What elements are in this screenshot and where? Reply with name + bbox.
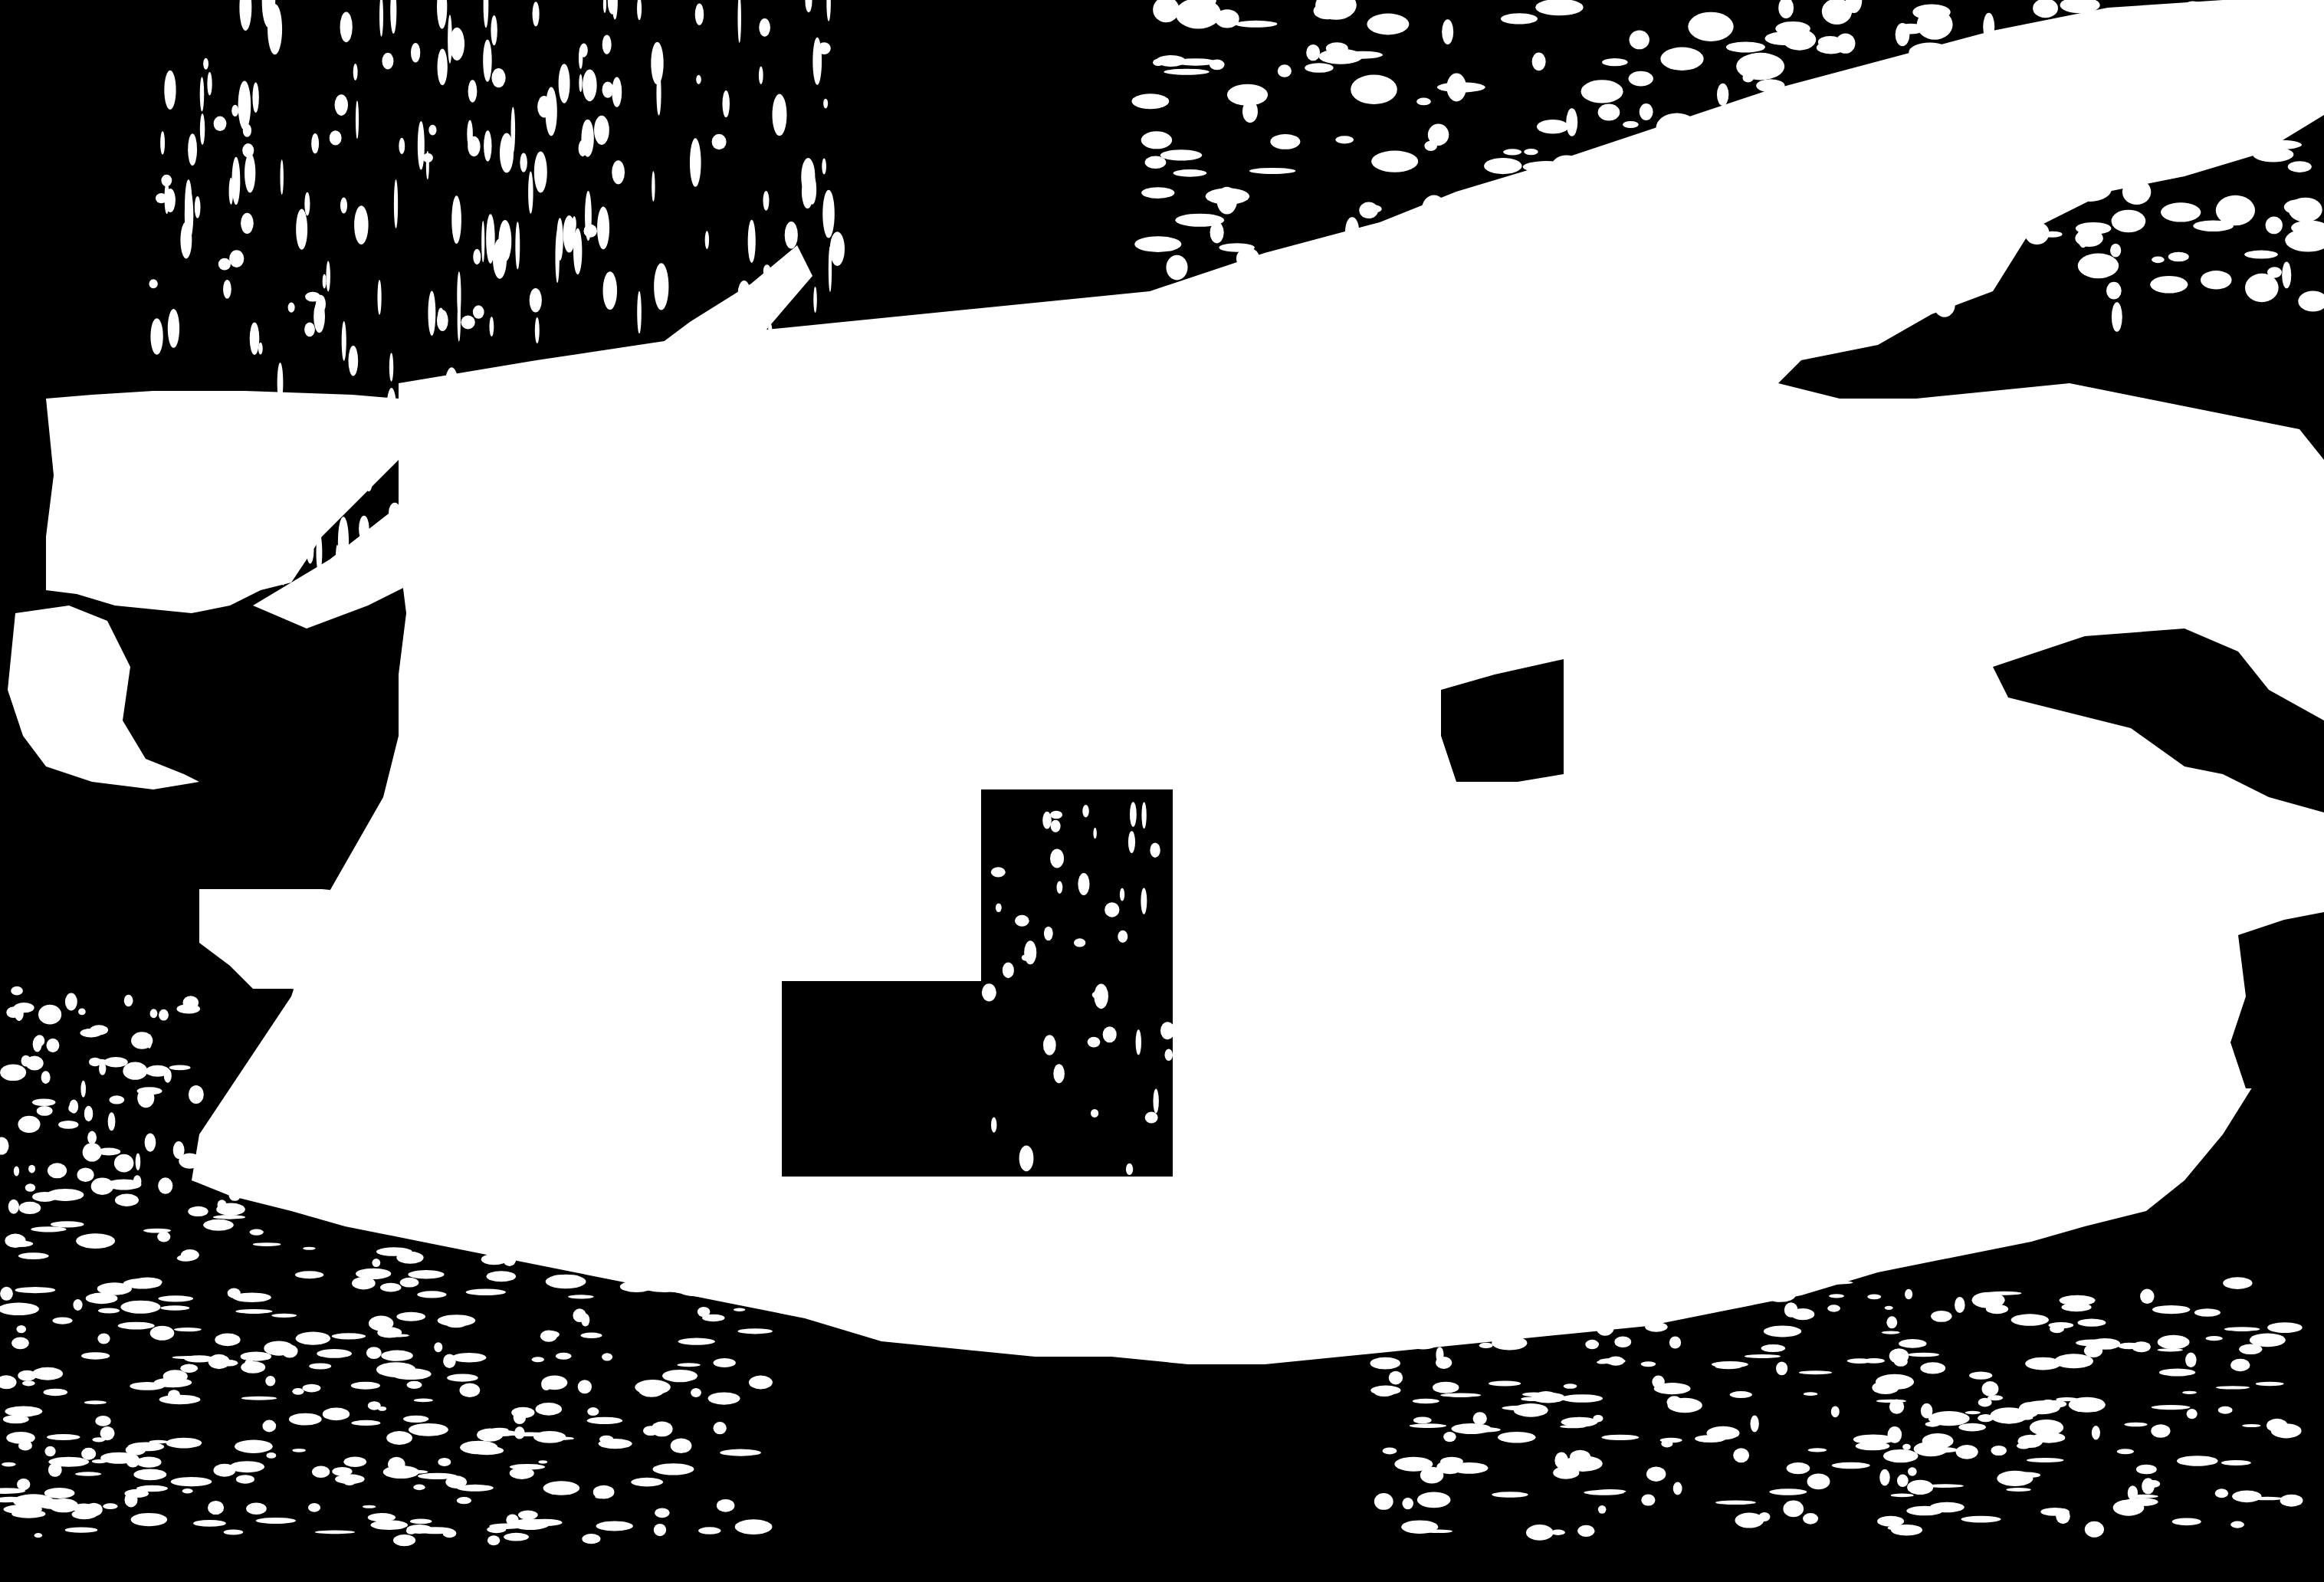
cloud-speckle [224, 1529, 244, 1534]
cloud-speckle [336, 551, 345, 568]
cloud-speckle [2056, 1508, 2070, 1524]
cloud-speckle [580, 1333, 602, 1338]
cloud-speckle [146, 1065, 170, 1077]
cloud-speckle [421, 490, 433, 530]
cloud-speckle [80, 1029, 102, 1038]
cloud-speckle [458, 299, 461, 342]
cloud-speckle [160, 1305, 189, 1310]
cloud-speckle [368, 1401, 381, 1410]
cloud-speckle [637, 291, 642, 334]
cloud-speckle [1532, 52, 1546, 71]
cloud-speckle [1660, 1438, 1682, 1443]
cloud-speckle [38, 1005, 61, 1025]
cloud-speckle [380, 1283, 401, 1292]
cloud-speckle [2270, 45, 2302, 56]
cloud-speckle [1359, 202, 1378, 219]
cloud-speckle [205, 507, 208, 520]
cloud-speckle [457, 1485, 494, 1492]
cloud-speckle [1559, 297, 1583, 320]
cloud-speckle [377, 280, 381, 315]
cloud-speckle [80, 1081, 86, 1098]
cloud-speckle [1858, 287, 1874, 307]
cloud-speckle [164, 182, 169, 214]
cloud-speckle [363, 1505, 376, 1508]
cloud-speckle [602, 1353, 612, 1360]
cloud-speckle [1808, 1448, 1827, 1452]
cloud-speckle [696, 75, 701, 84]
cloud-speckle [568, 1295, 593, 1298]
cloud-speckle [1088, 1037, 1101, 1048]
cloud-speckle [265, 429, 277, 468]
cloud-speckle [530, 288, 542, 313]
cloud-speckle [451, 1200, 487, 1214]
cloud-speckle [2185, 1353, 2196, 1367]
cloud-speckle [1726, 41, 1765, 52]
cloud-speckle [242, 143, 254, 158]
cloud-speckle [103, 1503, 117, 1509]
cloud-speckle [355, 576, 358, 586]
cloud-speckle [1164, 69, 1209, 75]
cloud-speckle [1623, 121, 1639, 128]
cloud-speckle [1902, 1444, 1911, 1450]
cloud-speckle [645, 360, 651, 385]
cloud-speckle [203, 1219, 233, 1231]
cloud-speckle [2221, 1460, 2251, 1465]
cloud-speckle [281, 537, 287, 586]
cloud-speckle [2172, 1518, 2201, 1525]
cloud-speckle [520, 474, 527, 509]
cloud-speckle [33, 1036, 42, 1052]
cloud-speckle [179, 1153, 200, 1168]
cloud-speckle [2023, 31, 2041, 53]
cloud-speckle [1240, 300, 1284, 320]
cloud-speckle [168, 1390, 180, 1400]
cloud-speckle [538, 1460, 547, 1463]
cloud-speckle [97, 1334, 110, 1344]
cloud-speckle [1994, 92, 2017, 106]
cloud-speckle [292, 1388, 304, 1395]
cloud-speckle [1757, 235, 1792, 254]
cloud-speckle [2168, 252, 2189, 262]
cloud-speckle [520, 153, 527, 172]
cloud-speckle [304, 192, 310, 216]
cloud-speckle [1888, 1426, 1902, 1443]
cloud-speckle [1593, 1415, 1603, 1423]
cloud-speckle [410, 1519, 432, 1525]
cloud-speckle [691, 1388, 701, 1397]
cloud-speckle [409, 1423, 448, 1436]
cloud-speckle [786, 483, 799, 520]
cloud-mask-image [0, 0, 2324, 1582]
cloud-speckle [84, 1106, 93, 1121]
cloud-speckle [253, 1242, 281, 1246]
cloud-speckle [1955, 1297, 1965, 1313]
cloud-speckle [652, 171, 655, 202]
cloud-speckle [1145, 156, 1167, 169]
cloud-speckle [1160, 149, 1202, 160]
cloud-speckle [1051, 820, 1061, 832]
cloud-speckle [491, 68, 505, 87]
cloud-speckle [2232, 1491, 2261, 1503]
cloud-speckle [1175, 214, 1224, 227]
cloud-speckle [1733, 238, 1754, 253]
cloud-speckle [323, 274, 327, 289]
cloud-speckle [1561, 1417, 1598, 1427]
cloud-speckle [309, 1363, 331, 1369]
cloud-speckle [2037, 86, 2047, 99]
cloud-speckle [11, 1337, 29, 1349]
cloud-speckle [1783, 1500, 1804, 1517]
cloud-speckle [1885, 1306, 1893, 1310]
cloud-speckle [241, 1397, 277, 1400]
cloud-speckle [2280, 1495, 2303, 1507]
cloud-speckle [182, 1488, 193, 1494]
cloud-speckle [584, 225, 597, 238]
cloud-speckle [0, 1303, 39, 1316]
cloud-speckle [1641, 1494, 1655, 1505]
cloud-speckle [126, 1454, 140, 1467]
cloud-speckle [1131, 94, 1169, 109]
cloud-speckle [410, 1178, 449, 1184]
cloud-speckle [188, 133, 197, 166]
cloud-speckle [208, 1354, 230, 1369]
cloud-speckle [812, 456, 827, 475]
cloud-speckle [1769, 1488, 1807, 1495]
cloud-speckle [0, 1287, 13, 1301]
cloud-speckle [1846, 289, 1860, 317]
cloud-speckle [1816, 1281, 1853, 1285]
cloud-speckle [1872, 1381, 1899, 1394]
cloud-speckle [1521, 1397, 1548, 1401]
cloud-speckle [1103, 1026, 1117, 1042]
cloud-speckle [478, 373, 487, 390]
cloud-speckle [3, 1415, 29, 1423]
cloud-speckle [1715, 1501, 1756, 1505]
cloud-speckle [652, 1463, 694, 1475]
cloud-speckle [434, 1342, 442, 1352]
cloud-speckle [1909, 42, 1951, 62]
cloud-speckle [48, 1163, 67, 1178]
cloud-speckle [1057, 881, 1063, 894]
cloud-speckle [389, 353, 393, 382]
cloud-speckle [335, 1474, 365, 1484]
cloud-speckle [133, 1277, 162, 1286]
cloud-speckle [2205, 1336, 2222, 1341]
cloud-speckle [1442, 19, 1453, 44]
cloud-speckle [1630, 142, 1654, 149]
cloud-speckle [2118, 1343, 2141, 1349]
cloud-speckle [5, 1406, 42, 1416]
cloud-speckle [189, 1085, 204, 1104]
cloud-speckle [13, 1494, 54, 1508]
cloud-speckle [729, 540, 737, 571]
cloud-speckle [308, 1503, 320, 1512]
cloud-speckle [1982, 1381, 1999, 1397]
cloud-speckle [17, 1479, 30, 1490]
cloud-speckle [737, 1328, 772, 1334]
cloud-speckle [1452, 225, 1464, 234]
cloud-speckle [1581, 80, 1623, 103]
cloud-speckle [1524, 149, 1538, 155]
cloud-speckle [1219, 243, 1255, 251]
cloud-speckle [1652, 1376, 1664, 1389]
cloud-speckle [553, 379, 563, 392]
cloud-speckle [1118, 930, 1128, 943]
cloud-speckle [2152, 1405, 2191, 1410]
cloud-speckle [605, 1194, 613, 1203]
cloud-speckle [2085, 1521, 2104, 1538]
cloud-speckle [1413, 1399, 1439, 1404]
cloud-speckle [751, 458, 759, 501]
cloud-speckle [390, 1209, 422, 1219]
cloud-speckle [1765, 31, 1804, 45]
cloud-speckle [2244, 251, 2278, 259]
cloud-speckle [559, 406, 569, 418]
cloud-speckle [181, 1249, 199, 1261]
cloud-speckle [2060, 1295, 2096, 1306]
cloud-speckle [335, 94, 349, 116]
cloud-speckle [1614, 1336, 1631, 1347]
cloud-speckle [1449, 298, 1465, 307]
cloud-speckle [200, 113, 205, 145]
cloud-speckle [451, 474, 460, 503]
cloud-speckle [18, 1252, 49, 1259]
cloud-speckle [256, 1518, 296, 1524]
cloud-speckle [1425, 1307, 1455, 1321]
cloud-speckle [1863, 311, 1905, 327]
cloud-speckle [533, 2, 540, 26]
cloud-speckle [22, 1380, 35, 1386]
cloud-speckle [1092, 991, 1102, 999]
cloud-speckle [288, 302, 295, 312]
cloud-speckle [1883, 1449, 1919, 1462]
cloud-speckle [2117, 1449, 2134, 1454]
cloud-speckle [590, 360, 596, 403]
cloud-speckle [7, 1240, 33, 1246]
cloud-speckle [130, 1382, 164, 1390]
cloud-speckle [76, 1233, 115, 1249]
cloud-speckle [1894, 175, 1940, 194]
cloud-speckle [348, 346, 358, 376]
cloud-speckle [1305, 63, 1333, 73]
cloud-speckle [12, 1005, 25, 1012]
cloud-speckle [73, 1299, 82, 1311]
cloud-speckle [768, 323, 772, 339]
cloud-speckle [1044, 927, 1053, 940]
cloud-speckle [124, 995, 133, 1006]
cloud-speckle [2050, 1324, 2064, 1334]
cloud-speckle [487, 1271, 516, 1282]
cloud-speckle [1807, 1474, 1830, 1490]
cloud-speckle [342, 321, 346, 361]
cloud-speckle [1394, 1457, 1433, 1472]
cloud-speckle [408, 1270, 444, 1279]
cloud-speckle [84, 1400, 107, 1404]
cloud-speckle [65, 993, 77, 1011]
cloud-speckle [317, 533, 323, 573]
cloud-speckle [413, 1485, 425, 1491]
cloud-speckle [87, 1131, 97, 1144]
cloud-speckle [515, 222, 520, 269]
cloud-speckle [1601, 1435, 1639, 1440]
cloud-speckle [214, 117, 227, 132]
cloud-speckle [252, 83, 258, 113]
cloud-speckle [1931, 1311, 1951, 1322]
cloud-speckle [1278, 64, 1292, 77]
cloud-speckle [579, 47, 583, 69]
cloud-speckle [15, 1287, 56, 1293]
cloud-speckle [295, 1271, 323, 1278]
cloud-speckle [2151, 1424, 2170, 1437]
cloud-speckle [587, 1407, 599, 1416]
cloud-speckle [32, 1098, 55, 1106]
cloud-speckle [2, 1462, 16, 1467]
cloud-speckle [484, 130, 491, 162]
cloud-speckle [52, 1317, 72, 1324]
cloud-speckle [2216, 1386, 2250, 1389]
cloud-speckle [1656, 162, 1672, 181]
cloud-speckle [1673, 1482, 1682, 1495]
cloud-speckle [812, 38, 822, 85]
cloud-speckle [381, 1351, 413, 1361]
cloud-speckle [207, 72, 212, 95]
cloud-speckle [26, 1056, 44, 1071]
cloud-speckle [1166, 255, 1187, 281]
cloud-speckle [1945, 245, 1988, 258]
cloud-speckle [782, 341, 795, 381]
cloud-speckle [698, 1527, 721, 1534]
cloud-speckle [146, 1034, 152, 1049]
cloud-speckle [250, 1229, 264, 1235]
cloud-speckle [287, 525, 297, 567]
cloud-speckle [1730, 1391, 1752, 1398]
cloud-speckle [1526, 1525, 1553, 1541]
cloud-speckle [534, 152, 547, 193]
cloud-speckle [1564, 1456, 1603, 1472]
cloud-speckle [1712, 1361, 1748, 1367]
cloud-speckle [631, 1478, 663, 1487]
cloud-speckle [632, 430, 641, 461]
cloud-speckle [698, 1307, 711, 1317]
cloud-speckle [1723, 208, 1742, 225]
cloud-speckle [302, 1384, 320, 1393]
cloud-speckle [546, 1275, 586, 1289]
cloud-speckle [538, 1196, 569, 1209]
cloud-speckle [81, 1448, 96, 1460]
cloud-speckle [351, 1420, 380, 1426]
cloud-speckle [2025, 1357, 2061, 1370]
cloud-speckle [394, 179, 398, 228]
cloud-speckle [1141, 187, 1174, 199]
cloud-speckle [612, 77, 622, 107]
cloud-speckle [326, 261, 330, 291]
cloud-speckle [761, 527, 769, 577]
cloud-speckle [745, 323, 752, 340]
cloud-speckle [714, 1358, 736, 1367]
cloud-speckle [95, 1416, 111, 1426]
cloud-speckle [1484, 158, 1521, 174]
cloud-speckle [335, 452, 348, 485]
cloud-speckle [1695, 1435, 1725, 1443]
cloud-speckle [669, 1265, 700, 1272]
cloud-speckle [2030, 1420, 2063, 1436]
cloud-speckle [1082, 805, 1089, 817]
cloud-speckle [104, 1057, 128, 1067]
cloud-speckle [120, 1301, 160, 1314]
cloud-speckle [478, 453, 488, 502]
cloud-speckle [540, 1331, 557, 1342]
cloud-speckle [473, 249, 481, 264]
cloud-speckle [1370, 1357, 1400, 1370]
cloud-speckle [366, 1347, 382, 1359]
cloud-speckle [1422, 195, 1446, 225]
cloud-speckle [31, 1226, 66, 1232]
cloud-speckle [2267, 267, 2282, 277]
cloud-speckle [1776, 1361, 1787, 1375]
cloud-speckle [2106, 282, 2122, 300]
cloud-speckle [1978, 1414, 1994, 1422]
cloud-speckle [128, 1443, 164, 1452]
cloud-speckle [11, 1509, 45, 1518]
cloud-speckle [478, 396, 484, 448]
cloud-speckle [725, 333, 728, 368]
cloud-speckle [386, 388, 396, 432]
cloud-speckle [556, 1353, 572, 1360]
cloud-speckle [813, 287, 817, 313]
cloud-speckle [535, 317, 540, 343]
cloud-speckle [476, 563, 491, 578]
cloud-speckle [2004, 52, 2041, 59]
cloud-speckle [518, 1511, 538, 1520]
cloud-speckle [266, 1452, 276, 1459]
cloud-speckle [11, 986, 23, 996]
cloud-speckle [1306, 44, 1320, 61]
cloud-speckle [44, 1389, 68, 1397]
cloud-speckle [2249, 95, 2270, 112]
cloud-speckle [802, 176, 813, 208]
cloud-speckle [1401, 1317, 1426, 1333]
cloud-speckle [1725, 1275, 1739, 1285]
cloud-speckle [2122, 179, 2151, 205]
cloud-speckle [1831, 1406, 1840, 1417]
cloud-speckle [1091, 1109, 1098, 1118]
cloud-speckle [1474, 1427, 1501, 1432]
cloud-speckle [1050, 848, 1064, 868]
cloud-speckle [1141, 802, 1146, 829]
cloud-speckle [1360, 245, 1370, 262]
cloud-speckle [587, 1417, 623, 1424]
cloud-speckle [459, 497, 468, 510]
cloud-speckle [354, 205, 368, 245]
cloud-speckle [1625, 228, 1650, 240]
cloud-speckle [734, 1308, 746, 1311]
cloud-speckle [2054, 1354, 2093, 1368]
cloud-speckle [215, 1334, 240, 1347]
cloud-speckle [1928, 1411, 1970, 1426]
cloud-speckle [602, 81, 614, 97]
cloud-speckle [1564, 1396, 1576, 1400]
cloud-speckle [229, 1190, 241, 1201]
cloud-speckle [1983, 13, 1994, 41]
cloud-speckle [168, 309, 179, 348]
cloud-speckle [304, 323, 315, 337]
cloud-speckle [604, 501, 609, 517]
cloud-speckle [1105, 902, 1119, 917]
cloud-speckle [391, 1368, 432, 1380]
cloud-speckle [236, 1475, 254, 1483]
cloud-speckle [1891, 1493, 1914, 1497]
cloud-speckle [1656, 113, 1698, 144]
